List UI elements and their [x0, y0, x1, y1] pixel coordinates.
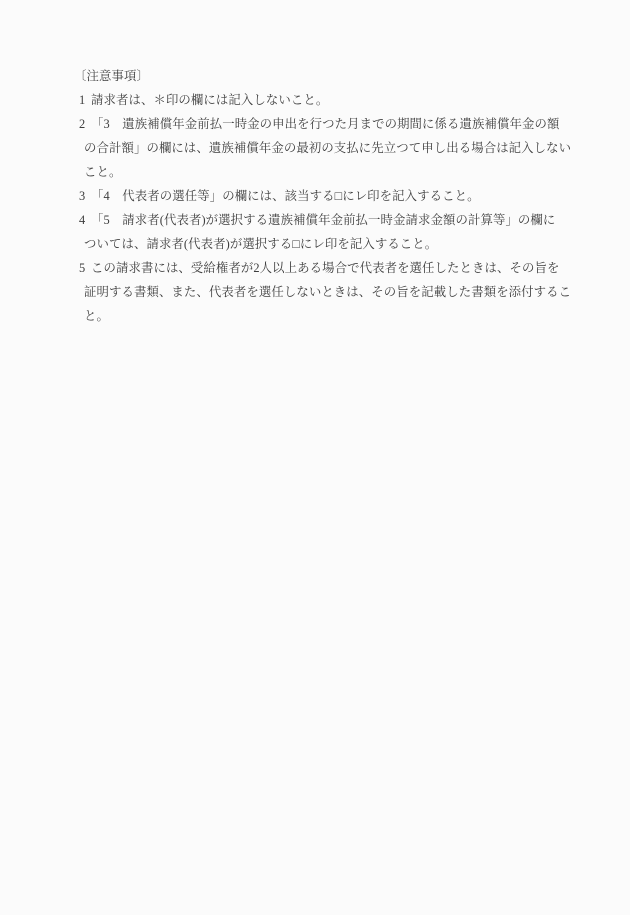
- note-item-5: 5この請求書には、受給権者が2人以上ある場合で代表者を選任したときは、その旨を …: [74, 256, 574, 328]
- item-number: 4: [79, 208, 91, 232]
- note-item-3-line-1: 3「4 代表者の選任等」の欄には、該当する□にレ印を記入すること。: [74, 184, 574, 208]
- note-item-2: 2「3 遺族補償年金前払一時金の申出を行つた月までの期間に係る遺族補償年金の額 …: [74, 112, 574, 184]
- notes-heading: 〔注意事項〕: [74, 64, 574, 88]
- note-item-2-line-1: 2「3 遺族補償年金前払一時金の申出を行つた月までの期間に係る遺族補償年金の額: [74, 112, 574, 136]
- document-page: 〔注意事項〕 1請求者は、＊印の欄には記入しないこと。 2「3 遺族補償年金前払…: [0, 0, 630, 915]
- item-number: 1: [79, 88, 91, 112]
- note-item-5-line-3: と。: [74, 304, 574, 328]
- item-number: 5: [79, 256, 91, 280]
- item-text: 「5 請求者(代表者)が選択する遺族補償年金前払一時金請求金額の計算等」の欄に: [91, 213, 555, 227]
- item-text: 「4 代表者の選任等」の欄には、該当する□にレ印を記入すること。: [91, 189, 480, 203]
- notes-section: 〔注意事項〕 1請求者は、＊印の欄には記入しないこと。 2「3 遺族補償年金前払…: [74, 64, 574, 328]
- item-number: 2: [79, 112, 91, 136]
- item-text: この請求書には、受給権者が2人以上ある場合で代表者を選任したときは、その旨を: [91, 261, 559, 275]
- note-item-5-line-1: 5この請求書には、受給権者が2人以上ある場合で代表者を選任したときは、その旨を: [74, 256, 574, 280]
- note-item-1-line-1: 1請求者は、＊印の欄には記入しないこと。: [74, 88, 574, 112]
- note-item-4-line-1: 4「5 請求者(代表者)が選択する遺族補償年金前払一時金請求金額の計算等」の欄に: [74, 208, 574, 232]
- note-item-2-line-3: こと。: [74, 160, 574, 184]
- note-item-2-line-2: の合計額」の欄には、遺族補償年金の最初の支払に先立つて申し出る場合は記入しない: [74, 136, 574, 160]
- item-text: 「3 遺族補償年金前払一時金の申出を行つた月までの期間に係る遺族補償年金の額: [91, 117, 559, 131]
- item-text: 請求者は、＊印の欄には記入しないこと。: [91, 93, 328, 107]
- note-item-1: 1請求者は、＊印の欄には記入しないこと。: [74, 88, 574, 112]
- note-item-4-line-2: ついては、請求者(代表者)が選択する□にレ印を記入すること。: [74, 232, 574, 256]
- item-number: 3: [79, 184, 91, 208]
- note-item-3: 3「4 代表者の選任等」の欄には、該当する□にレ印を記入すること。: [74, 184, 574, 208]
- note-item-5-line-2: 証明する書類、また、代表者を選任しないときは、その旨を記載した書類を添付するこ: [74, 280, 574, 304]
- note-item-4: 4「5 請求者(代表者)が選択する遺族補償年金前払一時金請求金額の計算等」の欄に…: [74, 208, 574, 256]
